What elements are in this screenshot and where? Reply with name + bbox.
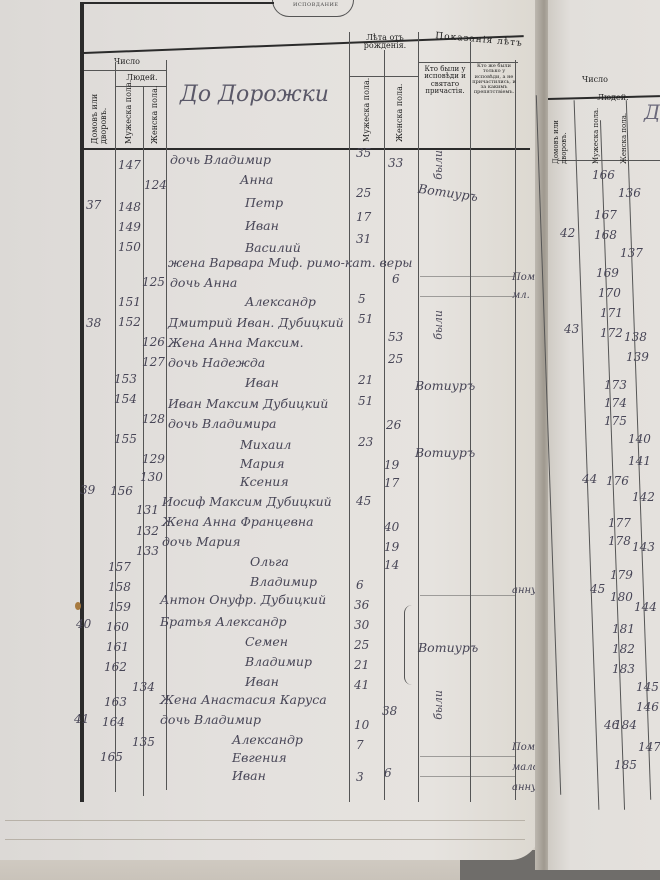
male-number: 164 xyxy=(102,715,125,729)
age-male: 51 xyxy=(358,394,373,408)
emblem-text: ИСПОВДАНИЕ xyxy=(293,2,339,8)
male-number: 151 xyxy=(118,295,141,309)
female-number: 145 xyxy=(636,680,659,694)
male-number: 182 xyxy=(612,642,635,656)
male-number: 168 xyxy=(594,228,617,242)
header-people: Людей. xyxy=(588,94,638,102)
household-number: 41 xyxy=(74,712,89,726)
frame-top-border xyxy=(84,2,274,4)
female-number: 142 xyxy=(632,490,655,504)
age-male: 21 xyxy=(354,658,369,672)
entry-name: Мария xyxy=(240,456,285,471)
male-number: 161 xyxy=(106,640,129,654)
household-number: 38 xyxy=(86,316,101,330)
male-number: 183 xyxy=(612,662,635,676)
female-number: 136 xyxy=(618,186,641,200)
entry-name: Ольга xyxy=(250,554,289,569)
entry-name: жена Варвара Миф. римо-кат. веры xyxy=(168,255,412,270)
header-age-male: Мужеска пола. xyxy=(362,82,371,142)
female-number: 128 xyxy=(142,412,165,426)
header-bottom-rule xyxy=(84,148,530,150)
entry-name: Петр xyxy=(245,195,283,210)
age-female: 40 xyxy=(384,520,399,534)
age-male: 7 xyxy=(356,738,364,752)
male-number: 149 xyxy=(118,220,141,234)
entry-name: Жена Анна Максим. xyxy=(168,335,304,350)
left-page: ИСПОВДАНИЕ Число Людей. Домовъ или дворо… xyxy=(0,0,540,860)
male-number: 163 xyxy=(104,695,127,709)
male-number: 156 xyxy=(110,484,133,498)
age-male: 25 xyxy=(356,186,371,200)
female-number: 132 xyxy=(136,524,159,538)
entry-name: Александр xyxy=(232,732,303,747)
household-number: 44 xyxy=(582,472,597,486)
entry-name: Дмитрий Иван. Дубицкий xyxy=(168,315,344,330)
entry-name: Иван xyxy=(245,218,279,233)
female-number: 133 xyxy=(136,544,159,558)
male-number: 150 xyxy=(118,240,141,254)
header-male: Мужеска пола. xyxy=(592,112,600,164)
female-number: 126 xyxy=(142,335,165,349)
age-male: 25 xyxy=(354,638,369,652)
age-male: 45 xyxy=(356,494,371,508)
col-line xyxy=(626,100,651,800)
header-female: Женска пола. xyxy=(620,112,628,164)
entry-name: Михаил xyxy=(240,437,291,452)
household-number: 37 xyxy=(86,198,101,212)
age-female: 14 xyxy=(384,558,399,572)
col-line xyxy=(515,60,516,800)
col-line xyxy=(384,50,385,800)
entry-name: Анна xyxy=(240,172,273,187)
male-number: 169 xyxy=(596,266,619,280)
emblem-icon: ИСПОВДАНИЕ xyxy=(272,0,354,17)
ink-stain xyxy=(75,602,81,610)
entry-name: Иван xyxy=(232,768,266,783)
male-number: 157 xyxy=(108,560,131,574)
female-number: 147 xyxy=(638,740,660,754)
header-female: Женска пола. xyxy=(150,90,159,144)
male-number: 174 xyxy=(604,396,627,410)
age-female: 33 xyxy=(388,156,403,170)
age-female: 17 xyxy=(384,476,399,490)
household-number: 39 xyxy=(80,483,95,497)
male-number: 170 xyxy=(598,286,621,300)
header-testimony: Показанія лѣтъ xyxy=(424,31,534,50)
male-number: 155 xyxy=(114,432,137,446)
dash-line xyxy=(420,776,515,777)
col-line xyxy=(115,62,116,792)
age-female: 19 xyxy=(384,458,399,472)
dash-line xyxy=(420,276,515,277)
male-number: 178 xyxy=(608,534,631,548)
female-number: 139 xyxy=(626,350,649,364)
entry-name: Иосиф Максим Дубицкий xyxy=(162,494,332,509)
entry-name: Владимир xyxy=(250,574,317,589)
female-number: 146 xyxy=(636,700,659,714)
header-households: Домовъ или дворовъ. xyxy=(90,88,112,144)
male-number: 171 xyxy=(600,306,623,320)
male-number: 165 xyxy=(100,750,123,764)
header-confessed: Кто были у исповѣди и святаго причастія. xyxy=(420,66,470,95)
col-line xyxy=(418,32,419,802)
age-female: 25 xyxy=(388,352,403,366)
household-number: 45 xyxy=(590,582,605,596)
dash-line xyxy=(420,756,515,757)
row-line xyxy=(84,70,166,71)
margin-note: мл. xyxy=(512,290,530,301)
female-number: 138 xyxy=(624,330,647,344)
header-households: Домовъ или дворовъ. xyxy=(552,104,572,164)
age-male: 5 xyxy=(358,292,366,306)
entry-name: Антон Онуфр. Дубицкий xyxy=(160,592,326,607)
entry-name: Иван xyxy=(245,375,279,390)
male-number: 158 xyxy=(108,580,131,594)
age-female: 19 xyxy=(384,540,399,554)
entry-name: Семен xyxy=(245,634,288,649)
age-female: 6 xyxy=(384,766,392,780)
age-male: 36 xyxy=(354,598,369,612)
entry-name: Жена Анастасия Каруса xyxy=(160,692,327,707)
entry-name: Ксения xyxy=(240,474,289,489)
right-page: Число Людей. Домовъ или дворовъ. Мужеска… xyxy=(548,0,660,870)
female-number: 134 xyxy=(132,680,155,694)
age-male: 21 xyxy=(358,373,373,387)
col-line xyxy=(574,100,600,810)
age-male: 3 xyxy=(356,770,364,784)
header-age-female: Женска пола. xyxy=(395,82,404,142)
female-number: 130 xyxy=(140,470,163,484)
age-female: 38 xyxy=(382,704,397,718)
col-line xyxy=(470,42,471,802)
female-number: 135 xyxy=(132,735,155,749)
male-number: 173 xyxy=(604,378,627,392)
household-number: 42 xyxy=(560,226,575,240)
male-number: 154 xyxy=(114,392,137,406)
testimony-note: Вотиуръ xyxy=(418,640,478,655)
male-number: 179 xyxy=(610,568,633,582)
entry-name: Жена Анна Францевна xyxy=(162,514,314,529)
testimony-note: Вотиуръ xyxy=(415,445,475,460)
age-female: 53 xyxy=(388,330,403,344)
brace-mark xyxy=(404,605,415,685)
age-male: 51 xyxy=(358,312,373,326)
entry-name: Александр xyxy=(245,294,316,309)
female-number: 127 xyxy=(142,355,165,369)
entry-name: дочь Владимир xyxy=(170,152,271,167)
female-number: 143 xyxy=(632,540,655,554)
age-male: 41 xyxy=(354,678,369,692)
entry-name: дочь Надежда xyxy=(168,355,265,370)
age-male: 17 xyxy=(356,210,371,224)
female-number: 144 xyxy=(634,600,657,614)
male-number: 162 xyxy=(104,660,127,674)
male-number: 184 xyxy=(614,718,637,732)
male-number: 148 xyxy=(118,200,141,214)
age-female: 6 xyxy=(392,272,400,286)
male-number: 159 xyxy=(108,600,131,614)
age-male: 10 xyxy=(354,718,369,732)
age-male: 31 xyxy=(356,232,371,246)
entry-name: Владимир xyxy=(245,654,312,669)
header-male: Мужеска пола. xyxy=(124,90,133,144)
household-number: 43 xyxy=(564,322,579,336)
entry-name: дочь Владимира xyxy=(168,416,276,431)
header-number: Число xyxy=(88,58,166,66)
age-male: 35 xyxy=(356,146,371,160)
male-number: 153 xyxy=(114,372,137,386)
page-stack-edges xyxy=(5,820,525,840)
dash-line xyxy=(420,595,515,596)
female-number: 131 xyxy=(136,503,159,517)
testimony-note-vertical: были xyxy=(432,150,445,180)
female-number: 125 xyxy=(142,275,165,289)
testimony-note-vertical: были xyxy=(432,690,445,720)
header-bottom-rule xyxy=(558,160,660,161)
male-number: 181 xyxy=(612,622,635,636)
col-line xyxy=(600,120,625,810)
testimony-note-vertical: были xyxy=(432,310,445,340)
age-male: 6 xyxy=(356,578,364,592)
dash-line xyxy=(420,296,515,297)
row-line xyxy=(349,76,418,77)
location-heading: До Дорожки xyxy=(180,82,329,107)
male-number: 180 xyxy=(610,590,633,604)
age-male: 30 xyxy=(354,618,369,632)
female-number: 129 xyxy=(142,452,165,466)
male-number: 152 xyxy=(118,315,141,329)
male-number: 185 xyxy=(614,758,637,772)
entry-name: дочь Мария xyxy=(162,534,241,549)
male-number: 166 xyxy=(592,168,615,182)
entry-name: Братья Александр xyxy=(160,614,286,629)
location-heading: До Д xyxy=(644,100,660,124)
male-number: 167 xyxy=(594,208,617,222)
frame-left-border xyxy=(80,2,84,802)
margin-note: анну xyxy=(512,782,537,793)
household-number: 40 xyxy=(76,617,91,631)
age-male: 23 xyxy=(358,435,373,449)
header-number: Число xyxy=(560,76,630,84)
male-number: 172 xyxy=(600,326,623,340)
male-number: 160 xyxy=(106,620,129,634)
entry-name: дочь Владимир xyxy=(160,712,261,727)
entry-name: Евгения xyxy=(232,750,287,765)
male-number: 176 xyxy=(606,474,629,488)
testimony-note: Вотиуръ xyxy=(415,378,475,393)
header-age: Лѣта отъ рожденія. xyxy=(352,34,418,51)
header-only-confessed: Кто же были только у исповѣди, а не прич… xyxy=(472,64,516,96)
entry-name: Иван xyxy=(245,674,279,689)
male-number: 177 xyxy=(608,516,631,530)
male-number: 147 xyxy=(118,158,141,172)
margin-note: анну xyxy=(512,585,537,596)
female-number: 137 xyxy=(620,246,643,260)
female-number: 124 xyxy=(144,178,167,192)
age-female: 26 xyxy=(386,418,401,432)
entry-name: дочь Анна xyxy=(170,275,237,290)
female-number: 141 xyxy=(628,454,651,468)
male-number: 175 xyxy=(604,414,627,428)
col-line xyxy=(349,32,350,802)
entry-name: Иван Максим Дубицкий xyxy=(168,396,328,411)
female-number: 140 xyxy=(628,432,651,446)
entry-name: Василий xyxy=(245,240,301,255)
col-line xyxy=(166,60,167,790)
